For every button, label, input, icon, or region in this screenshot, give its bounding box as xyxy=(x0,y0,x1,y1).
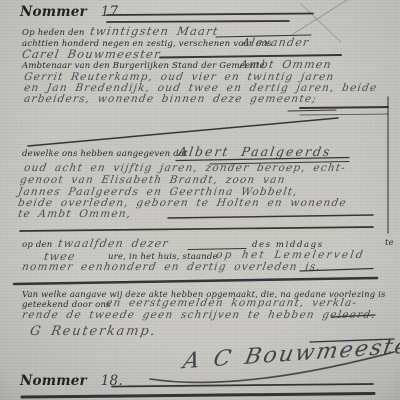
fill-line xyxy=(288,110,336,111)
printed-op-heden: Op heden den xyxy=(22,29,85,38)
printed-te: te xyxy=(385,239,394,248)
pencil-mark xyxy=(293,0,347,34)
handwritten-house-location: op het Lemelerveld xyxy=(215,250,365,261)
handwritten-declarants-occupation: arbeiders, wonende binnen deze gemeente; xyxy=(23,94,318,105)
handwritten-death-day: twaalfden dezer xyxy=(57,238,170,249)
handwritten-house-number: nommer eenhonderd en dertig overleden is… xyxy=(21,262,322,273)
handwritten-parents: Jannes Paalgeerds en Geerthina Wobbelt, xyxy=(17,187,298,198)
header-rule xyxy=(107,14,313,16)
handwritten-declarant-1: Gerrit Reuterkamp, oud vier en twintig j… xyxy=(23,72,335,83)
record-number-heading: Nommer 17. xyxy=(20,6,123,20)
witness-signature: G Reuterkamp. xyxy=(29,325,157,338)
handwritten-registrar-firstname: Alexander xyxy=(241,37,310,48)
separator-rule xyxy=(14,278,377,284)
handwritten-declarant-2: en Jan Bredendijk, oud twee en dertig ja… xyxy=(23,83,378,94)
fill-line xyxy=(168,215,373,218)
handwritten-registration-date: twintigsten Maart xyxy=(89,26,219,38)
scanned-death-record: Nommer 17. Op heden den twintigsten Maar… xyxy=(0,0,400,400)
handwritten-deceased-name: Albert Paalgeerds xyxy=(177,146,332,159)
next-record-number-label: Nommer xyxy=(20,373,87,389)
printed-op-den: op den xyxy=(22,241,52,250)
handwritten-closing-1: en eerstgemelden komparant, verkla- xyxy=(105,298,358,309)
margin-rule xyxy=(300,107,388,108)
header-rule xyxy=(22,394,374,398)
registrar-signature: A C Bouwmeester xyxy=(181,335,400,373)
handwritten-registrar-name: Carel Bouwmeester xyxy=(21,49,161,61)
margin-rule xyxy=(300,114,388,115)
diagonal-strike xyxy=(28,118,338,146)
record-number-value: 17. xyxy=(101,4,123,20)
header-rule xyxy=(107,21,289,22)
handwritten-residence: te Ambt Ommen, xyxy=(17,209,132,220)
record-number-label: Nommer xyxy=(20,4,87,20)
handwritten-closing-2: rende de tweede geen schrijven te hebben… xyxy=(21,310,376,321)
handwritten-municipality: Ambt Ommen xyxy=(239,59,333,70)
next-record-number-heading: Nommer 18. xyxy=(20,375,123,389)
handwritten-birthplace: beide overleden, geboren te Holten en wo… xyxy=(17,198,347,209)
handwritten-spouse: genoot van Elisabeth Brandt, zoon van xyxy=(19,175,286,186)
printed-ambtenaar-clause: Ambtenaar van den Burgerlijken Stand der… xyxy=(22,62,265,71)
printed-dewelke-clause: dewelke ons hebben aangegeven dat xyxy=(22,150,188,159)
header-rule xyxy=(112,384,373,387)
next-record-number-value: 18. xyxy=(101,373,123,389)
handwritten-age-occupation: oud acht en vijftig jaren, zonder beroep… xyxy=(23,163,347,174)
fill-line xyxy=(20,227,373,231)
